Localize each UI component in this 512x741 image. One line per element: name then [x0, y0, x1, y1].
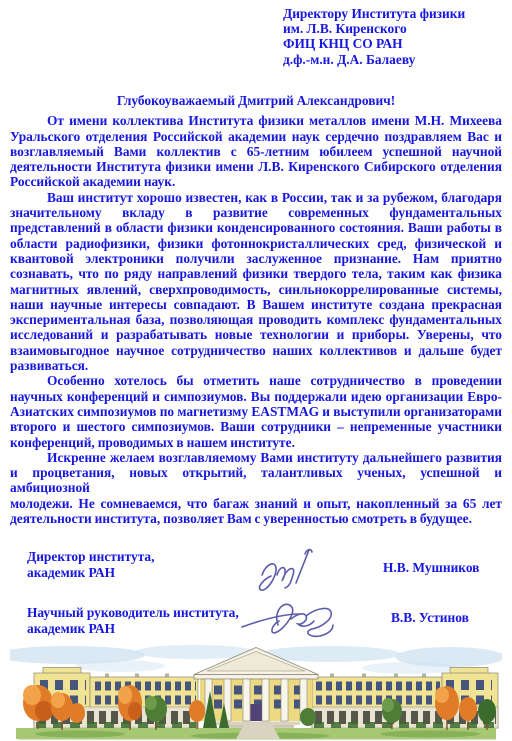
salutation: Глубокоуважаемый Дмитрий Александрович! — [10, 93, 502, 108]
paragraph-line: Российской академии наук. — [10, 174, 502, 189]
paragraph-line: конференций, проводимых в нашем институт… — [10, 435, 502, 450]
paragraphs: От имени коллектива Института физики мет… — [10, 113, 502, 526]
paragraph-line: Азиатских симпозиумов по магнетизму EAST… — [10, 404, 502, 419]
recipient-line: ФИЦ КНЦ СО РАН — [283, 36, 465, 51]
paragraph-line: магнитных явлений, сверхпроводимость, си… — [10, 282, 502, 297]
paragraph-line: сознавать, что по ряду направлений физик… — [10, 266, 502, 281]
letter-page: Директору Института физики им. Л.В. Кире… — [0, 0, 512, 741]
paragraph-line: квантовой электроники получили заслуженн… — [10, 251, 502, 266]
paragraph-line: наши научные интересы совпадают. В Вашем… — [10, 297, 502, 312]
signature-title-line: Директор института, — [27, 549, 154, 565]
paragraph-line: молодежи. Не сомневаемся, что багаж знан… — [10, 496, 502, 511]
paragraph-line: деятельности Института физики имени Л.В.… — [10, 159, 502, 174]
paragraph-line: Особенно хотелось бы отметить наше сотру… — [10, 373, 502, 388]
signature-mushnikov-autograph — [252, 545, 314, 599]
paragraph-line: области радиофизики, физики фотоннокрист… — [10, 236, 502, 251]
paragraph-line: От имени коллектива Института физики мет… — [10, 113, 502, 128]
paragraph-line: взаимовыгодное научное сотрудничество на… — [10, 343, 502, 358]
paragraph-line: Ваш институт хорошо известен, как в Росс… — [10, 190, 502, 205]
signature-ustinov-autograph — [240, 597, 340, 645]
recipient-line: д.ф.-м.н. Д.А. Балаеву — [283, 52, 465, 67]
signature-title-line: академик РАН — [27, 565, 154, 581]
paragraph: Особенно хотелось бы отметить наше сотру… — [10, 373, 502, 449]
paragraph-line: Уральского отделения Российской академии… — [10, 129, 502, 144]
signature-name-mushnikov: Н.В. Мушников — [383, 560, 479, 576]
paragraph-line: Искренне желаем возглавляемому Вами инст… — [10, 450, 502, 465]
paragraph: Ваш институт хорошо известен, как в Росс… — [10, 190, 502, 374]
signature-title-line: Научный руководитель института, — [27, 605, 239, 621]
paragraph: От имени коллектива Института физики мет… — [10, 113, 502, 189]
paragraph-line: и процветания, новых открытий, талантлив… — [10, 465, 502, 496]
paragraph-line: экспериментальная база, позволяющая пров… — [10, 312, 502, 327]
recipient-block: Директору Института физики им. Л.В. Кире… — [283, 6, 465, 67]
paragraph-line: исследований и разрабатывать новые техно… — [10, 327, 502, 342]
signature-title-line: академик РАН — [27, 621, 239, 637]
recipient-line: Директору Института физики — [283, 6, 465, 21]
paragraph-line: возглавляемый Вами коллектив с 65-летним… — [10, 144, 502, 159]
signature-title-director: Директор института, академик РАН — [27, 549, 154, 580]
paragraph-line: значительному вкладу в развитие современ… — [10, 205, 502, 220]
signature-name-ustinov: В.В. Устинов — [391, 610, 469, 626]
recipient-line: им. Л.В. Киренского — [283, 21, 465, 36]
grounds — [16, 725, 496, 740]
paragraph: Искренне желаем возглавляемому Вами инст… — [10, 450, 502, 526]
paragraph-line: научных конференций и симпозиумов. Вы по… — [10, 389, 502, 404]
paragraph-line: второго и шестого симпозиумов. Ваши сотр… — [10, 419, 502, 434]
paragraph-line: представлений в области физики конденсир… — [10, 220, 502, 235]
building-illustration — [10, 645, 502, 741]
letter-body: Глубокоуважаемый Дмитрий Александрович! … — [10, 93, 502, 526]
signature-title-scientific-director: Научный руководитель института, академик… — [27, 605, 239, 636]
paragraph-line: деятельности института, позволяет Вам с … — [10, 511, 502, 526]
paragraph-line: развиваться. — [10, 358, 502, 373]
